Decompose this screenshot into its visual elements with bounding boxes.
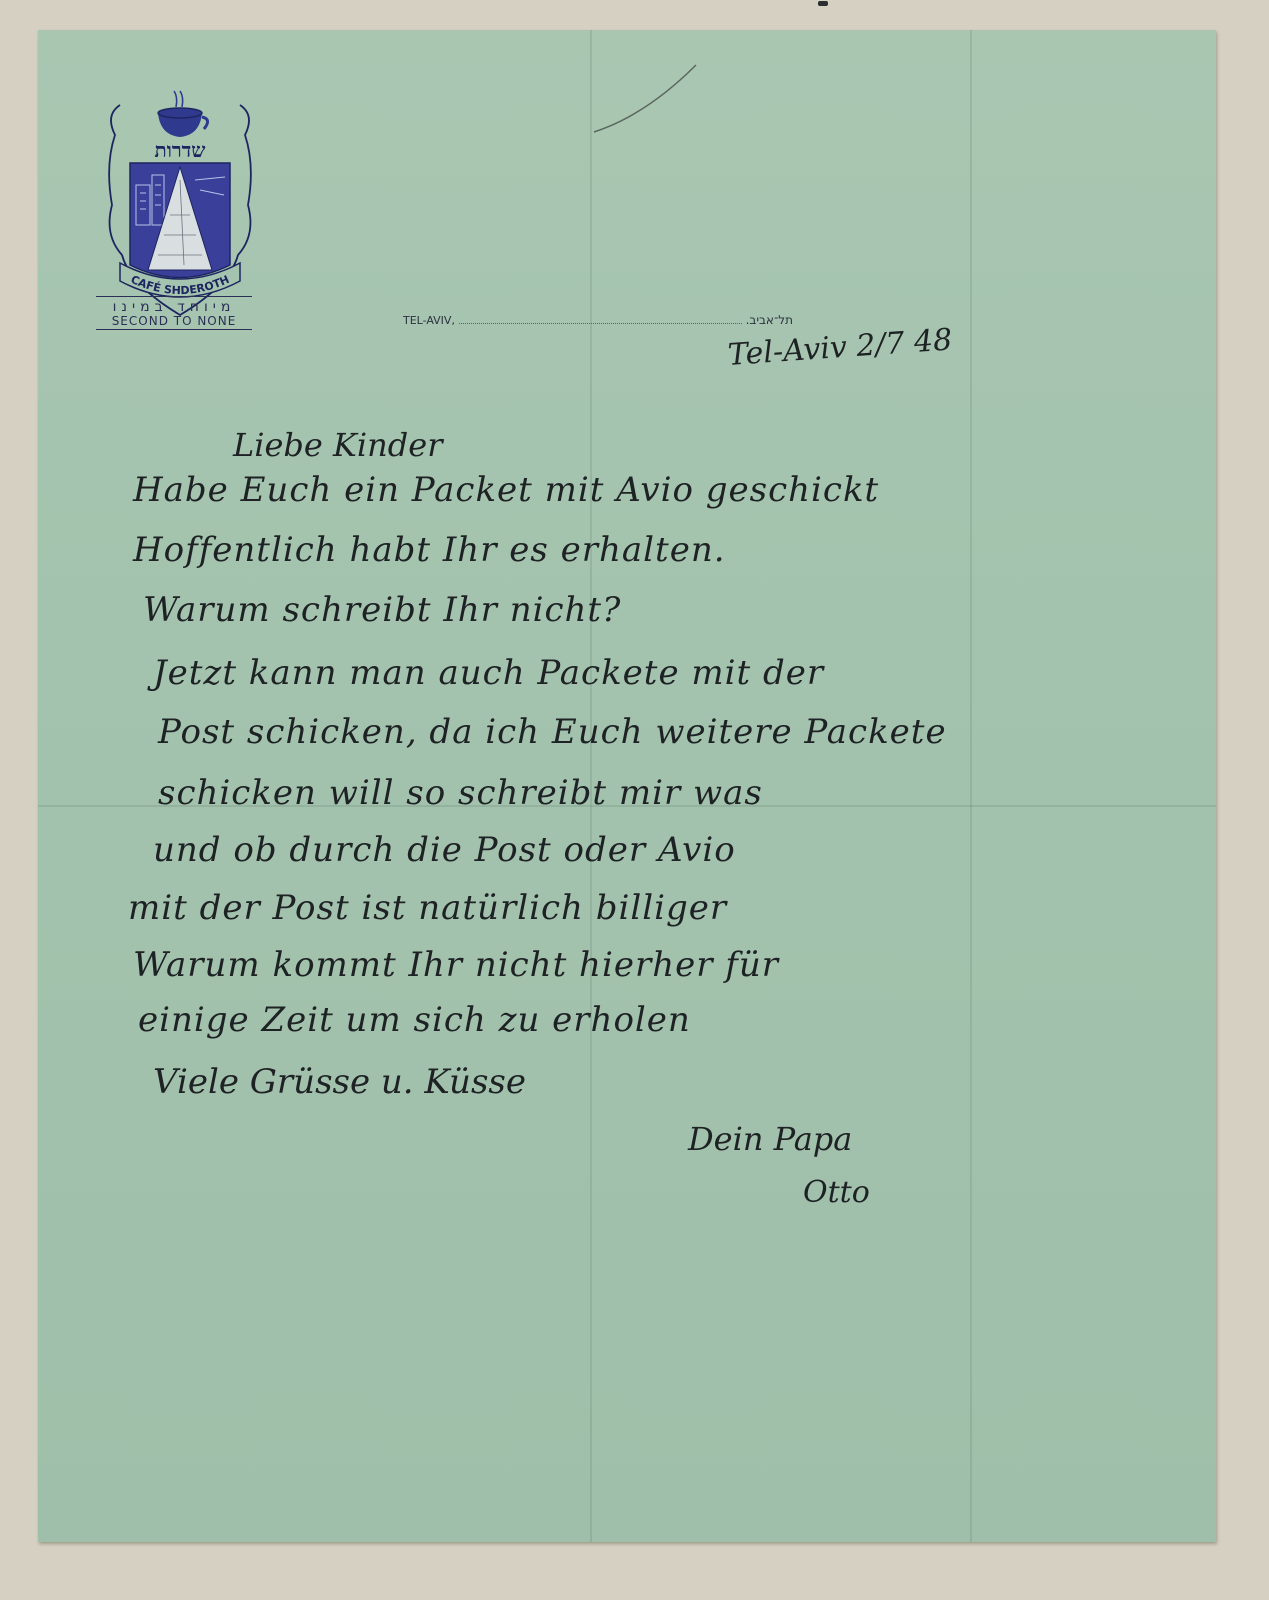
place-latin: TEL-AVIV, (403, 314, 455, 327)
handwritten-date: Tel-Aviv 2/7 48 (727, 322, 954, 373)
date-dotted-line (459, 323, 742, 324)
salutation: Liebe Kinder (233, 426, 442, 464)
letter-line: einige Zeit um sich zu erholen (138, 1000, 691, 1040)
letter-line: und ob durch die Post oder Avio (153, 830, 736, 870)
letter-paper: שדרות CAFÉ SHDEROTH מיוחד במינו SECOND T… (38, 30, 1216, 1542)
letter-line: Warum kommt Ihr nicht hierher für (133, 945, 779, 985)
tagline-hebrew: מיוחד במינו (96, 296, 252, 315)
letter-line: Jetzt kann man auch Packete mit der (153, 653, 824, 693)
letter-line: Warum schreibt Ihr nicht? (143, 590, 621, 630)
letter-line: schicken will so schreibt mir was (158, 773, 763, 813)
pencil-stroke (586, 60, 706, 140)
letter-line: Habe Euch ein Packet mit Avio geschickt (133, 470, 879, 510)
city-crest-icon: שדרות CAFÉ SHDEROTH (100, 85, 260, 325)
tagline-english: SECOND TO NONE (96, 314, 252, 330)
fold-line-vertical (970, 30, 972, 1542)
signature-line: Dein Papa (688, 1120, 852, 1158)
letter-line: Hoffentlich habt Ihr es erhalten. (133, 530, 726, 570)
place-date-line: TEL-AVIV, תל־אביב. (403, 307, 793, 327)
place-hebrew: תל־אביב. (746, 313, 793, 327)
closing: Viele Grüsse u. Küsse (153, 1062, 526, 1102)
letter-line: mit der Post ist natürlich billiger (128, 888, 727, 928)
svg-text:שדרות: שדרות (155, 138, 206, 162)
letter-line: Post schicken, da ich Euch weitere Packe… (158, 712, 947, 752)
coffee-cup-icon (158, 91, 208, 137)
signature-name: Otto (803, 1175, 870, 1210)
ink-mark (818, 1, 828, 6)
